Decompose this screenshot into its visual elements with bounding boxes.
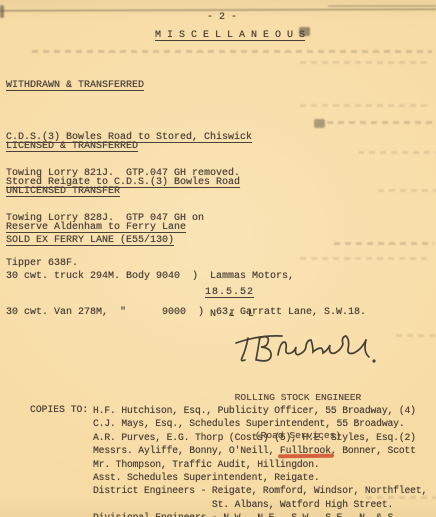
copies-line: District Engineers - Reigate, Romford, W…: [93, 484, 427, 497]
page-number: - 2 -: [207, 12, 237, 24]
nil-entry: N I L: [210, 309, 258, 321]
section-sold-ex-ferry-lane: SOLD EX FERRY LANE (E55/130) 30 cwt. tru…: [6, 211, 366, 343]
bleed-artifact: [0, 5, 4, 18]
copies-line-marked: Messrs. Ayliffe, Bonny, O'Neill, Fullbro…: [93, 444, 427, 457]
copies-line: St. Albans, Watford High Street.: [93, 498, 427, 511]
copies-list: H.F. Hutchison, Esq., Publicity Officer,…: [93, 404, 427, 517]
signatory-title: ROLLING STOCK ENGINEER: [228, 392, 368, 405]
copies-line: Mr. Thompson, Traffic Audit, Hillingdon.: [93, 458, 427, 471]
bleed-artifact: [396, 334, 436, 337]
sold-row: 30 cwt. Van 278M, " 9000 ) 63, Garratt L…: [6, 307, 366, 319]
bleed-artifact: [378, 189, 436, 192]
bleed-artifact: [300, 61, 430, 64]
report-date: 18.5.52: [205, 287, 254, 299]
bleed-artifact: [328, 5, 436, 7]
bleed-artifact: [327, 121, 436, 124]
copies-line: Divisional Engineers - N.W., N.E., S.W.,…: [93, 511, 427, 517]
copies-line-pre: Messrs. Ayliffe, Bonny, O'Neill,: [93, 445, 280, 456]
signature-scrawl: [230, 327, 380, 371]
memo-page: - 2 - M I S C E L L A N E O U S WITHDRAW…: [0, 0, 436, 517]
section-heading: LICENSED & TRANSFERRED: [6, 141, 240, 153]
bleed-artifact: [358, 151, 436, 154]
bleed-artifact: [314, 119, 325, 128]
section-heading: SOLD EX FERRY LANE (E55/130): [6, 235, 366, 247]
red-underlined-name: Fullbrook: [280, 445, 331, 456]
sold-row: 30 cwt. truck 294M. Body 9040 ) Lammas M…: [6, 271, 366, 283]
copies-line: Asst. Schedules Superintendent, Reigate.: [93, 471, 427, 484]
section-heading: UNLICENSED TRANSFER: [6, 186, 186, 198]
copies-to-label: COPIES TO:: [30, 404, 88, 416]
copies-line-post: , Bonner, Scott: [331, 445, 416, 456]
copies-line: A.R. Purves, E.G. Thorp (Costs) (5), H.E…: [93, 431, 427, 444]
page-title: M I S C E L L A N E O U S: [155, 30, 305, 42]
copies-line: H.F. Hutchison, Esq., Publicity Officer,…: [93, 404, 427, 417]
bleed-artifact: [300, 104, 432, 107]
section-heading: WITHDRAWN & TRANSFERRED: [6, 80, 252, 92]
bleed-artifact: [32, 50, 432, 53]
copies-line: C.J. Mays, Esq., Schedules Superintenden…: [93, 417, 427, 430]
